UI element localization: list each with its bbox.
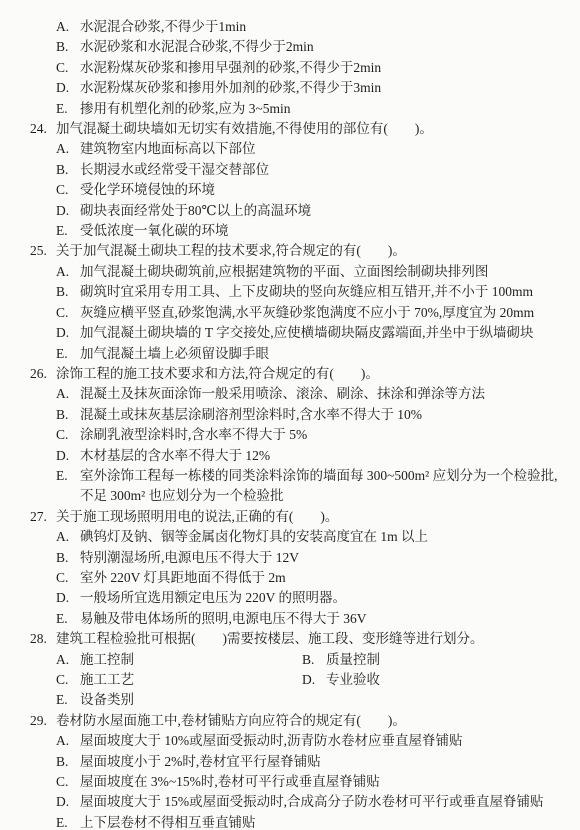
question-number: 29. <box>30 711 56 731</box>
option-row: C. 屋面坡度在 3%~15%时,卷材可平行或垂直屋脊铺贴 <box>30 772 564 792</box>
option-label: D. <box>56 323 80 343</box>
question-stem: 25. 关于加气混凝土砌块工程的技术要求,符合规定的有( )。 <box>30 241 564 261</box>
option-label: A. <box>56 384 80 404</box>
option-text: 受化学环境侵蚀的环境 <box>80 180 564 200</box>
option-row: C. 室外 220V 灯具距地面不得低于 2m <box>30 568 564 588</box>
option-text: 水泥粉煤灰砂浆和掺用外加剂的砂浆,不得少于3min <box>80 78 564 98</box>
option-row: D. 加气混凝土砌块墙的 T 字交接处,应使横墙砌块隔皮露端面,并坐中于纵墙砌块 <box>30 323 564 343</box>
option-row: C. 涂刷乳液型涂料时,含水率不得大于 5% <box>30 425 564 445</box>
option-row: A. 混凝土及抹灰面涂饰一般采用喷涂、滚涂、刷涂、抹涂和弹涂等方法 <box>30 384 564 404</box>
option-text: 建筑物室内地面标高以下部位 <box>80 139 564 159</box>
question-text: 卷材防水屋面施工中,卷材铺贴方向应符合的规定有( )。 <box>56 711 564 731</box>
question-text: 建筑工程检验批可根据( )需要按楼层、施工段、变形缝等进行划分。 <box>56 629 564 649</box>
option-row: C. 受化学环境侵蚀的环境 <box>30 180 564 200</box>
question-text: 关于施工现场照明用电的说法,正确的有( )。 <box>56 507 564 527</box>
option-text: 加气混凝土砌块砌筑前,应根据建筑物的平面、立面图绘制砌块排列图 <box>80 262 564 282</box>
question-text: 关于加气混凝土砌块工程的技术要求,符合规定的有( )。 <box>56 241 564 261</box>
option-label: E. <box>56 690 80 710</box>
option-cell: D. 专业验收 <box>302 670 564 690</box>
option-cell: B. 质量控制 <box>302 650 564 670</box>
option-row: E. 室外涂饰工程每一栋楼的同类涂料涂饰的墙面每 300~500m² 应划分为一… <box>30 466 564 507</box>
option-label: B. <box>56 548 80 568</box>
option-row-pair: C. 施工工艺 D. 专业验收 <box>30 670 564 690</box>
option-text: 混凝土或抹灰基层涂刷溶剂型涂料时,含水率不得大于 10% <box>80 405 564 425</box>
option-label: E. <box>56 466 80 507</box>
question-stem: 29. 卷材防水屋面施工中,卷材铺贴方向应符合的规定有( )。 <box>30 711 564 731</box>
option-row: A. 加气混凝土砌块砌筑前,应根据建筑物的平面、立面图绘制砌块排列图 <box>30 262 564 282</box>
option-text: 水泥砂浆和水泥混合砂浆,不得少于2min <box>80 37 564 57</box>
option-text: 上下层卷材不得相互垂直铺贴 <box>80 813 564 830</box>
option-text: 施工工艺 <box>80 670 302 690</box>
option-row: B. 长期浸水或经常受干湿交替部位 <box>30 160 564 180</box>
option-text: 一般场所宜选用额定电压为 220V 的照明器。 <box>80 588 564 608</box>
option-label: E. <box>56 344 80 364</box>
option-label: B. <box>56 405 80 425</box>
question-stem: 28. 建筑工程检验批可根据( )需要按楼层、施工段、变形缝等进行划分。 <box>30 629 564 649</box>
option-row: B. 砌筑时宜采用专用工具、上下皮砌块的竖向灰缝应相互错开,并不小于 100mm <box>30 282 564 302</box>
option-label: B. <box>56 282 80 302</box>
question-stem: 26. 涂饰工程的施工技术要求和方法,符合规定的有( )。 <box>30 364 564 384</box>
option-label: B. <box>56 160 80 180</box>
option-row: B. 水泥砂浆和水泥混合砂浆,不得少于2min <box>30 37 564 57</box>
option-row: D. 屋面坡度大于 15%或屋面受振动时,合成高分子防水卷材可平行或垂直屋脊铺贴 <box>30 792 564 812</box>
option-row: C. 水泥粉煤灰砂浆和掺用早强剂的砂浆,不得少于2min <box>30 58 564 78</box>
option-text: 加气混凝土砌块墙的 T 字交接处,应使横墙砌块隔皮露端面,并坐中于纵墙砌块 <box>80 323 564 343</box>
option-row: D. 一般场所宜选用额定电压为 220V 的照明器。 <box>30 588 564 608</box>
option-text: 碘钨灯及钠、铟等金属卤化物灯具的安装高度宜在 1m 以上 <box>80 527 564 547</box>
option-text: 特别潮湿场所,电源电压不得大于 12V <box>80 548 564 568</box>
option-label: C. <box>56 425 80 445</box>
option-text: 质量控制 <box>326 650 564 670</box>
option-row: E. 加气混凝土墙上必须留设脚手眼 <box>30 344 564 364</box>
option-label: D. <box>56 78 80 98</box>
option-text: 屋面坡度大于 15%或屋面受振动时,合成高分子防水卷材可平行或垂直屋脊铺贴 <box>80 792 564 812</box>
option-cell: A. 施工控制 <box>56 650 302 670</box>
option-row: A. 碘钨灯及钠、铟等金属卤化物灯具的安装高度宜在 1m 以上 <box>30 527 564 547</box>
question-block-24: 24. 加气混凝土砌块墙如无切实有效措施,不得使用的部位有( )。 A. 建筑物… <box>30 119 564 241</box>
question-block-27: 27. 关于施工现场照明用电的说法,正确的有( )。 A. 碘钨灯及钠、铟等金属… <box>30 507 564 629</box>
option-text: 受低浓度一氧化碳的环境 <box>80 221 564 241</box>
option-label: A. <box>56 527 80 547</box>
option-label: C. <box>56 670 80 690</box>
option-text: 木材基层的含水率不得大于 12% <box>80 446 564 466</box>
option-text: 灰缝应横平竖直,砂浆饱满,水平灰缝砂浆饱满度不应小于 70%,厚度宜为 20mm <box>80 303 564 323</box>
option-label: A. <box>56 139 80 159</box>
option-label: B. <box>302 650 326 670</box>
option-text: 混凝土及抹灰面涂饰一般采用喷涂、滚涂、刷涂、抹涂和弹涂等方法 <box>80 384 564 404</box>
option-text: 长期浸水或经常受干湿交替部位 <box>80 160 564 180</box>
option-label: D. <box>56 446 80 466</box>
option-row-pair: A. 施工控制 B. 质量控制 <box>30 650 564 670</box>
question-number: 25. <box>30 241 56 261</box>
option-text: 砌块表面经常处于80℃以上的高温环境 <box>80 201 564 221</box>
option-text: 室外涂饰工程每一栋楼的同类涂料涂饰的墙面每 300~500m² 应划分为一个检验… <box>80 466 564 507</box>
option-label: E. <box>56 99 80 119</box>
option-text: 屋面坡度小于 2%时,卷材宜平行屋脊铺贴 <box>80 752 564 772</box>
option-text: 水泥粉煤灰砂浆和掺用早强剂的砂浆,不得少于2min <box>80 58 564 78</box>
question-block-29: 29. 卷材防水屋面施工中,卷材铺贴方向应符合的规定有( )。 A. 屋面坡度大… <box>30 711 564 830</box>
option-row: E. 设备类别 <box>30 690 564 710</box>
option-text: 设备类别 <box>80 690 564 710</box>
option-label: A. <box>56 17 80 37</box>
question-number: 24. <box>30 119 56 139</box>
option-label: D. <box>302 670 326 690</box>
option-label: A. <box>56 650 80 670</box>
option-text: 加气混凝土墙上必须留设脚手眼 <box>80 344 564 364</box>
question-block-26: 26. 涂饰工程的施工技术要求和方法,符合规定的有( )。 A. 混凝土及抹灰面… <box>30 364 564 507</box>
option-label: C. <box>56 303 80 323</box>
option-row: A. 建筑物室内地面标高以下部位 <box>30 139 564 159</box>
question-stem: 27. 关于施工现场照明用电的说法,正确的有( )。 <box>30 507 564 527</box>
question-number: 26. <box>30 364 56 384</box>
option-row: D. 水泥粉煤灰砂浆和掺用外加剂的砂浆,不得少于3min <box>30 78 564 98</box>
option-label: D. <box>56 201 80 221</box>
option-text: 屋面坡度大于 10%或屋面受振动时,沥青防水卷材应垂直屋脊铺贴 <box>80 731 564 751</box>
option-label: E. <box>56 221 80 241</box>
option-row: E. 上下层卷材不得相互垂直铺贴 <box>30 813 564 830</box>
option-label: D. <box>56 792 80 812</box>
question-block-28: 28. 建筑工程检验批可根据( )需要按楼层、施工段、变形缝等进行划分。 A. … <box>30 629 564 711</box>
option-row: D. 砌块表面经常处于80℃以上的高温环境 <box>30 201 564 221</box>
exam-page: A. 水泥混合砂浆,不得少于1min B. 水泥砂浆和水泥混合砂浆,不得少于2m… <box>0 0 580 830</box>
option-text: 易触及带电体场所的照明,电源电压不得大于 36V <box>80 609 564 629</box>
option-text: 砌筑时宜采用专用工具、上下皮砌块的竖向灰缝应相互错开,并不小于 100mm <box>80 282 564 302</box>
question-number: 27. <box>30 507 56 527</box>
option-label: A. <box>56 262 80 282</box>
option-text: 掺用有机塑化剂的砂浆,应为 3~5min <box>80 99 564 119</box>
question-stem: 24. 加气混凝土砌块墙如无切实有效措施,不得使用的部位有( )。 <box>30 119 564 139</box>
option-text: 专业验收 <box>326 670 564 690</box>
option-cell: C. 施工工艺 <box>56 670 302 690</box>
option-row: A. 水泥混合砂浆,不得少于1min <box>30 17 564 37</box>
option-label: E. <box>56 813 80 830</box>
option-label: B. <box>56 752 80 772</box>
option-row: E. 受低浓度一氧化碳的环境 <box>30 221 564 241</box>
question-block-25: 25. 关于加气混凝土砌块工程的技术要求,符合规定的有( )。 A. 加气混凝土… <box>30 241 564 363</box>
option-row: B. 屋面坡度小于 2%时,卷材宜平行屋脊铺贴 <box>30 752 564 772</box>
option-label: C. <box>56 772 80 792</box>
option-label: C. <box>56 180 80 200</box>
option-text: 涂刷乳液型涂料时,含水率不得大于 5% <box>80 425 564 445</box>
option-text: 屋面坡度在 3%~15%时,卷材可平行或垂直屋脊铺贴 <box>80 772 564 792</box>
option-row: D. 木材基层的含水率不得大于 12% <box>30 446 564 466</box>
option-row: E. 易触及带电体场所的照明,电源电压不得大于 36V <box>30 609 564 629</box>
option-row: B. 特别潮湿场所,电源电压不得大于 12V <box>30 548 564 568</box>
option-label: C. <box>56 58 80 78</box>
option-text: 室外 220V 灯具距地面不得低于 2m <box>80 568 564 588</box>
option-row: B. 混凝土或抹灰基层涂刷溶剂型涂料时,含水率不得大于 10% <box>30 405 564 425</box>
option-row: C. 灰缝应横平竖直,砂浆饱满,水平灰缝砂浆饱满度不应小于 70%,厚度宜为 2… <box>30 303 564 323</box>
question-text: 涂饰工程的施工技术要求和方法,符合规定的有( )。 <box>56 364 564 384</box>
question-block-partial: A. 水泥混合砂浆,不得少于1min B. 水泥砂浆和水泥混合砂浆,不得少于2m… <box>30 17 564 119</box>
option-row: E. 掺用有机塑化剂的砂浆,应为 3~5min <box>30 99 564 119</box>
option-label: A. <box>56 731 80 751</box>
question-number: 28. <box>30 629 56 649</box>
option-row: A. 屋面坡度大于 10%或屋面受振动时,沥青防水卷材应垂直屋脊铺贴 <box>30 731 564 751</box>
option-label: B. <box>56 37 80 57</box>
option-label: D. <box>56 588 80 608</box>
question-text: 加气混凝土砌块墙如无切实有效措施,不得使用的部位有( )。 <box>56 119 564 139</box>
option-text: 水泥混合砂浆,不得少于1min <box>80 17 564 37</box>
option-label: E. <box>56 609 80 629</box>
option-label: C. <box>56 568 80 588</box>
option-text: 施工控制 <box>80 650 302 670</box>
